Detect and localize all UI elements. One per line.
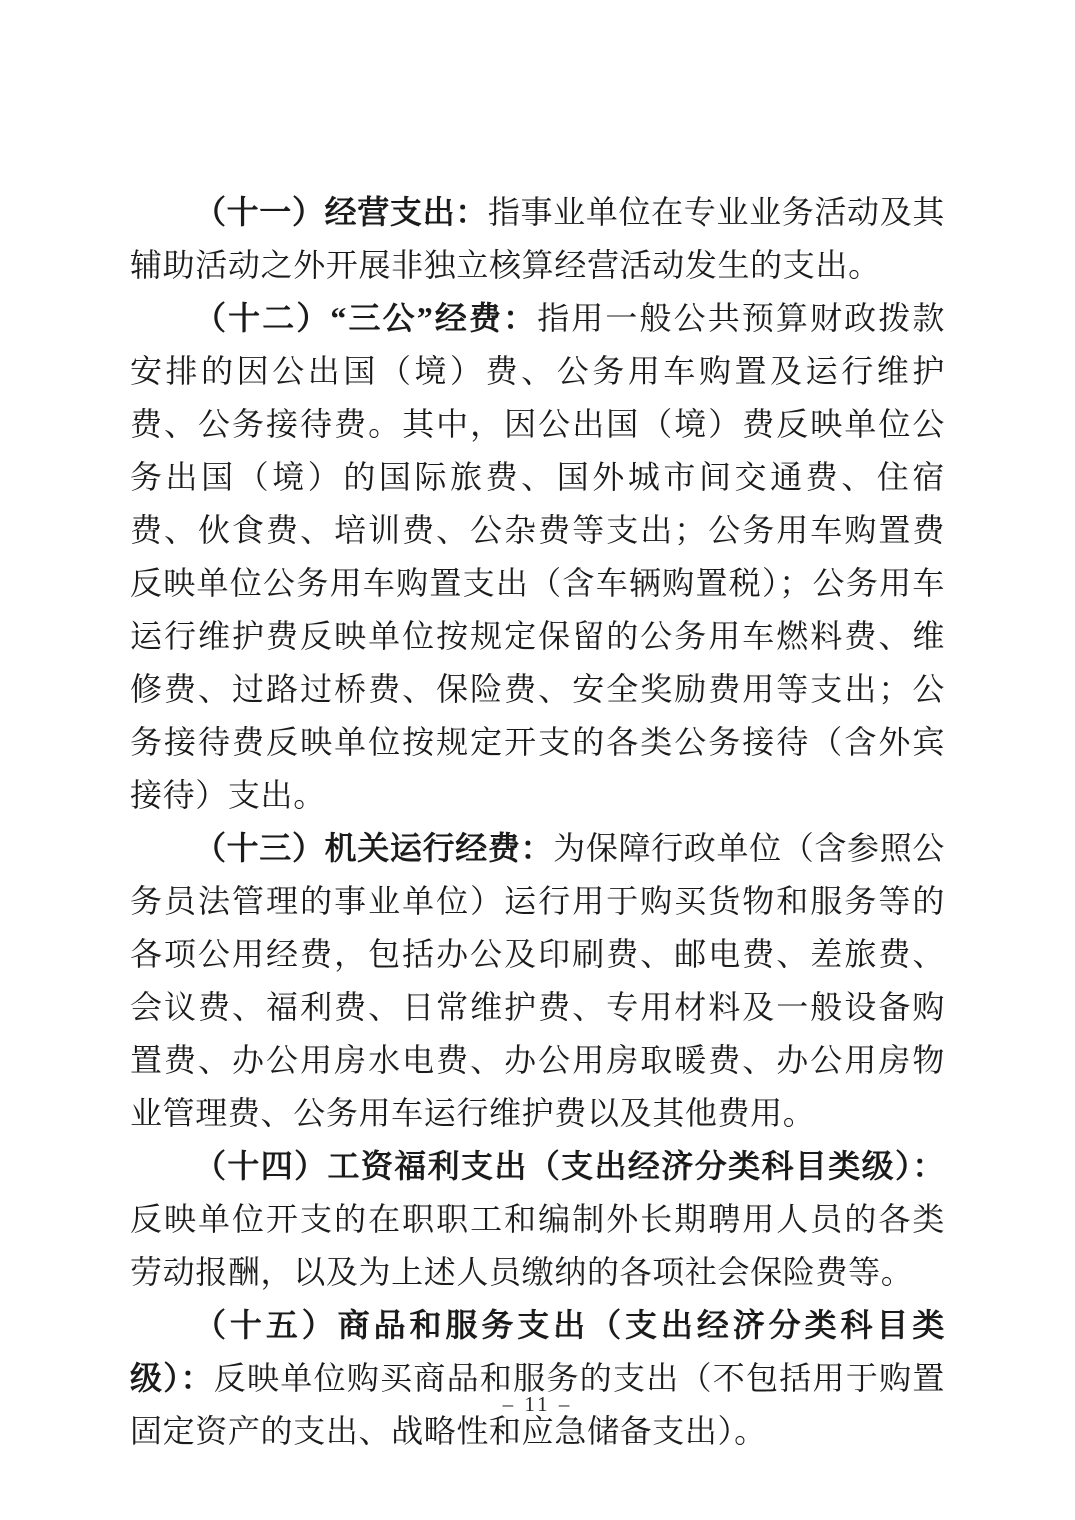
paragraph-heading: （十四）工资福利支出（支出经济分类科目类级）： [194,1148,945,1184]
document-page: （十一）经营支出：指事业单位在专业业务活动及其辅助活动之外开展非独立核算经营活动… [0,0,1075,1520]
paragraph-text: 反映单位开支的在职职工和编制外长期聘用人员的各类劳动报酬，以及为上述人员缴纳的各… [130,1201,945,1290]
paragraph-item-15: （十五）商品和服务支出（支出经济分类科目类级）：反映单位购买商品和服务的支出（不… [130,1299,945,1458]
paragraph-text: 指用一般公共预算财政拨款安排的因公出国（境）费、公务用车购置及运行维护费、公务接… [130,300,945,813]
page-number: – 11 – [503,1392,573,1416]
paragraph-item-12: （十二）“三公”经费：指用一般公共预算财政拨款安排的因公出国（境）费、公务用车购… [130,292,945,822]
document-body: （十一）经营支出：指事业单位在专业业务活动及其辅助活动之外开展非独立核算经营活动… [130,186,945,1458]
paragraph-item-13: （十三）机关运行经费：为保障行政单位（含参照公务员法管理的事业单位）运行用于购买… [130,822,945,1140]
paragraph-heading: （十二）“三公”经费： [194,300,537,336]
paragraph-item-14: （十四）工资福利支出（支出经济分类科目类级）：反映单位开支的在职职工和编制外长期… [130,1140,945,1299]
paragraph-text: 为保障行政单位（含参照公务员法管理的事业单位）运行用于购买货物和服务等的各项公用… [130,830,945,1131]
paragraph-heading: （十三）机关运行经费： [194,830,553,866]
page-footer: – 11 – [0,1392,1075,1417]
paragraph-item-11: （十一）经营支出：指事业单位在专业业务活动及其辅助活动之外开展非独立核算经营活动… [130,186,945,292]
paragraph-heading: （十一）经营支出： [194,194,488,230]
